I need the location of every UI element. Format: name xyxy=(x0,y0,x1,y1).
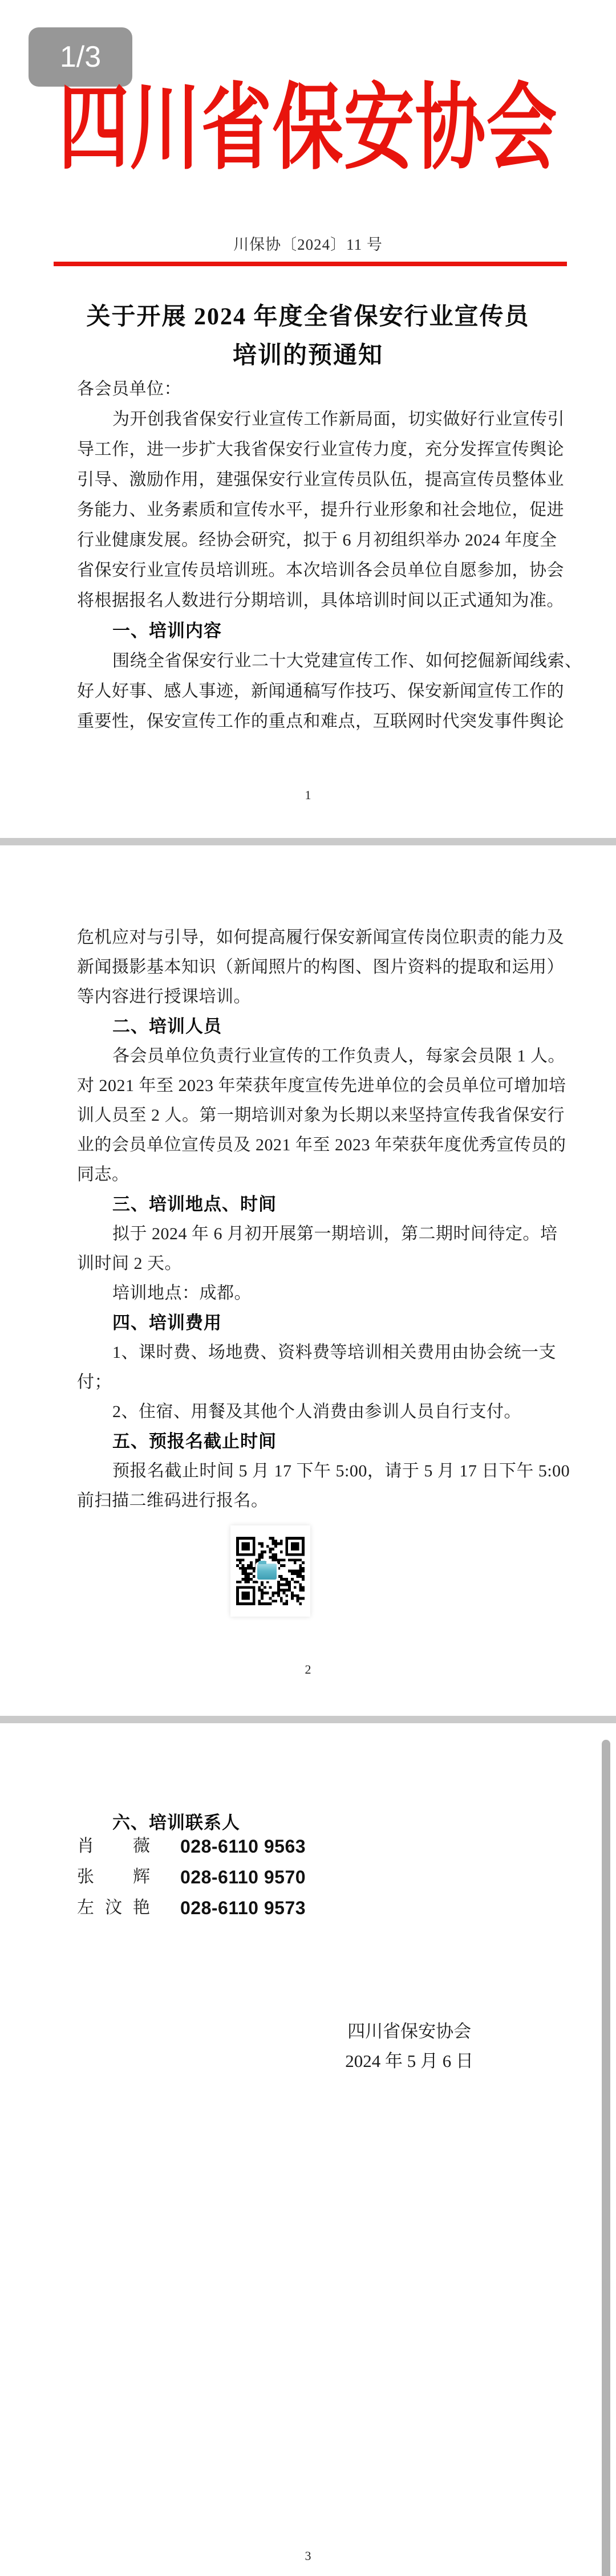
doc-line: 业的会员单位宣传员及 2021 年至 2023 年荣获年度优秀宣传员的 xyxy=(77,1130,540,1160)
doc-line: 新闻摄影基本知识（新闻照片的构图、图片资料的提取和运用） xyxy=(77,953,540,982)
doc-line: 付； xyxy=(77,1368,540,1397)
org-title: 四川省保安协会 xyxy=(0,80,616,178)
doc-line: 训人员至 2 人。第一期培训对象为长期以来坚持宣传我省保安行 xyxy=(77,1101,540,1130)
doc-line: 培训地点：成都。 xyxy=(77,1279,540,1308)
doc-line: 1、课时费、场地费、资料费等培训相关费用由协会统一支 xyxy=(77,1338,540,1368)
doc-line: 好人好事、感人事迹，新闻通稿写作技巧、保安新闻宣传工作的 xyxy=(77,676,540,706)
doc-line: 前扫描二维码进行报名。 xyxy=(77,1486,540,1516)
doc-line: 务能力、业务素质和宣传水平，提升行业形象和社会地位，促进 xyxy=(77,495,540,525)
contact-phone: 028-6110 9563 xyxy=(180,1831,306,1862)
page-number-1: 1 xyxy=(0,788,616,803)
contacts-heading: 六、培训联系人 xyxy=(112,1808,240,1834)
doc-title-line2: 培训的预通知 xyxy=(0,336,616,375)
signature-block: 四川省保安协会 2024 年 5 月 6 日 xyxy=(345,2017,473,2076)
doc-line: 引导、激励作用，建强保安行业宣传员队伍，提高宣传员整体业 xyxy=(77,465,540,495)
doc-line: 拟于 2024 年 6 月初开展第一期培训，第二期时间待定。培 xyxy=(77,1219,540,1249)
signature-date: 2024 年 5 月 6 日 xyxy=(345,2046,473,2076)
doc-title-line1: 关于开展 2024 年度全省保安行业宣传员 xyxy=(0,298,616,336)
folder-icon xyxy=(257,1563,277,1580)
section-heading: 四、培训费用 xyxy=(77,1308,540,1338)
section-heading: 二、培训人员 xyxy=(77,1012,540,1041)
doc-line: 行业健康发展。经协会研究，拟于 6 月初组织举办 2024 年度全 xyxy=(77,525,540,555)
page-separator-2 xyxy=(0,1716,616,1723)
contact-row: 张 辉028-6110 9570 xyxy=(77,1862,540,1893)
doc-line: 预报名截止时间 5 月 17 下午 5:00，请于 5 月 17 日下午 5:0… xyxy=(77,1456,540,1486)
doc-line: 对 2021 年至 2023 年荣获年度宣传先进单位的会员单位可增加培 xyxy=(77,1071,540,1101)
page-number-3: 3 xyxy=(0,2549,616,2563)
contact-phone: 028-6110 9573 xyxy=(180,1893,306,1923)
contacts-list: 肖 薇028-6110 9563张 辉028-6110 9570左汶艳028-6… xyxy=(77,1831,540,1923)
doc-line: 2、住宿、用餐及其他个人消费由参训人员自行支付。 xyxy=(77,1397,540,1427)
document-viewer: 1/3 四川省保安协会 川保协〔2024〕11 号 关于开展 2024 年度全省… xyxy=(0,0,616,2576)
page2-body: 危机应对与引导，如何提高履行保安新闻宣传岗位职责的能力及新闻摄影基本知识（新闻照… xyxy=(77,923,540,1516)
page1-body: 各会员单位：为开创我省保安行业宣传工作新局面，切实做好行业宣传引导工作，进一步扩… xyxy=(77,374,540,736)
section-heading: 三、培训地点、时间 xyxy=(77,1190,540,1219)
contact-phone: 028-6110 9570 xyxy=(180,1862,306,1893)
section-heading: 一、培训内容 xyxy=(77,616,540,646)
contact-name: 张 辉 xyxy=(77,1862,150,1893)
contact-row: 左汶艳028-6110 9573 xyxy=(77,1893,540,1923)
doc-line: 训时间 2 天。 xyxy=(77,1249,540,1279)
doc-number: 川保协〔2024〕11 号 xyxy=(0,232,616,254)
contact-name: 肖 薇 xyxy=(77,1831,150,1862)
doc-line: 同志。 xyxy=(77,1160,540,1190)
doc-line: 为开创我省保安行业宣传工作新局面，切实做好行业宣传引 xyxy=(77,404,540,434)
page-separator-1 xyxy=(0,838,616,845)
doc-line: 导工作，进一步扩大我省保安行业宣传力度，充分发挥宣传舆论 xyxy=(77,434,540,465)
doc-line: 各会员单位： xyxy=(77,374,540,404)
doc-line: 重要性，保安宣传工作的重点和难点，互联网时代突发事件舆论 xyxy=(77,706,540,736)
page-number-2: 2 xyxy=(0,1662,616,1677)
section-heading: 五、预报名截止时间 xyxy=(77,1427,540,1456)
doc-line: 省保安行业宣传员培训班。本次培训各会员单位自愿参加，协会 xyxy=(77,555,540,585)
contact-name: 左汶艳 xyxy=(77,1893,150,1923)
doc-line: 围绕全省保安行业二十大党建宣传工作、如何挖倔新闻线索、 xyxy=(77,646,540,676)
red-divider-rule xyxy=(54,262,567,266)
doc-line: 将根据报名人数进行分期培训，具体培训时间以正式通知为准。 xyxy=(77,585,540,616)
doc-line: 危机应对与引导，如何提高履行保安新闻宣传岗位职责的能力及 xyxy=(77,923,540,953)
doc-line: 等内容进行授课培训。 xyxy=(77,982,540,1012)
doc-line: 各会员单位负责行业宣传的工作负责人，每家会员限 1 人。 xyxy=(77,1041,540,1071)
contact-row: 肖 薇028-6110 9563 xyxy=(77,1831,540,1862)
scrollbar-thumb[interactable] xyxy=(602,1740,610,2576)
doc-title: 关于开展 2024 年度全省保安行业宣传员 培训的预通知 xyxy=(0,298,616,375)
qr-card xyxy=(230,1525,310,1617)
signature-org: 四川省保安协会 xyxy=(345,2017,473,2046)
